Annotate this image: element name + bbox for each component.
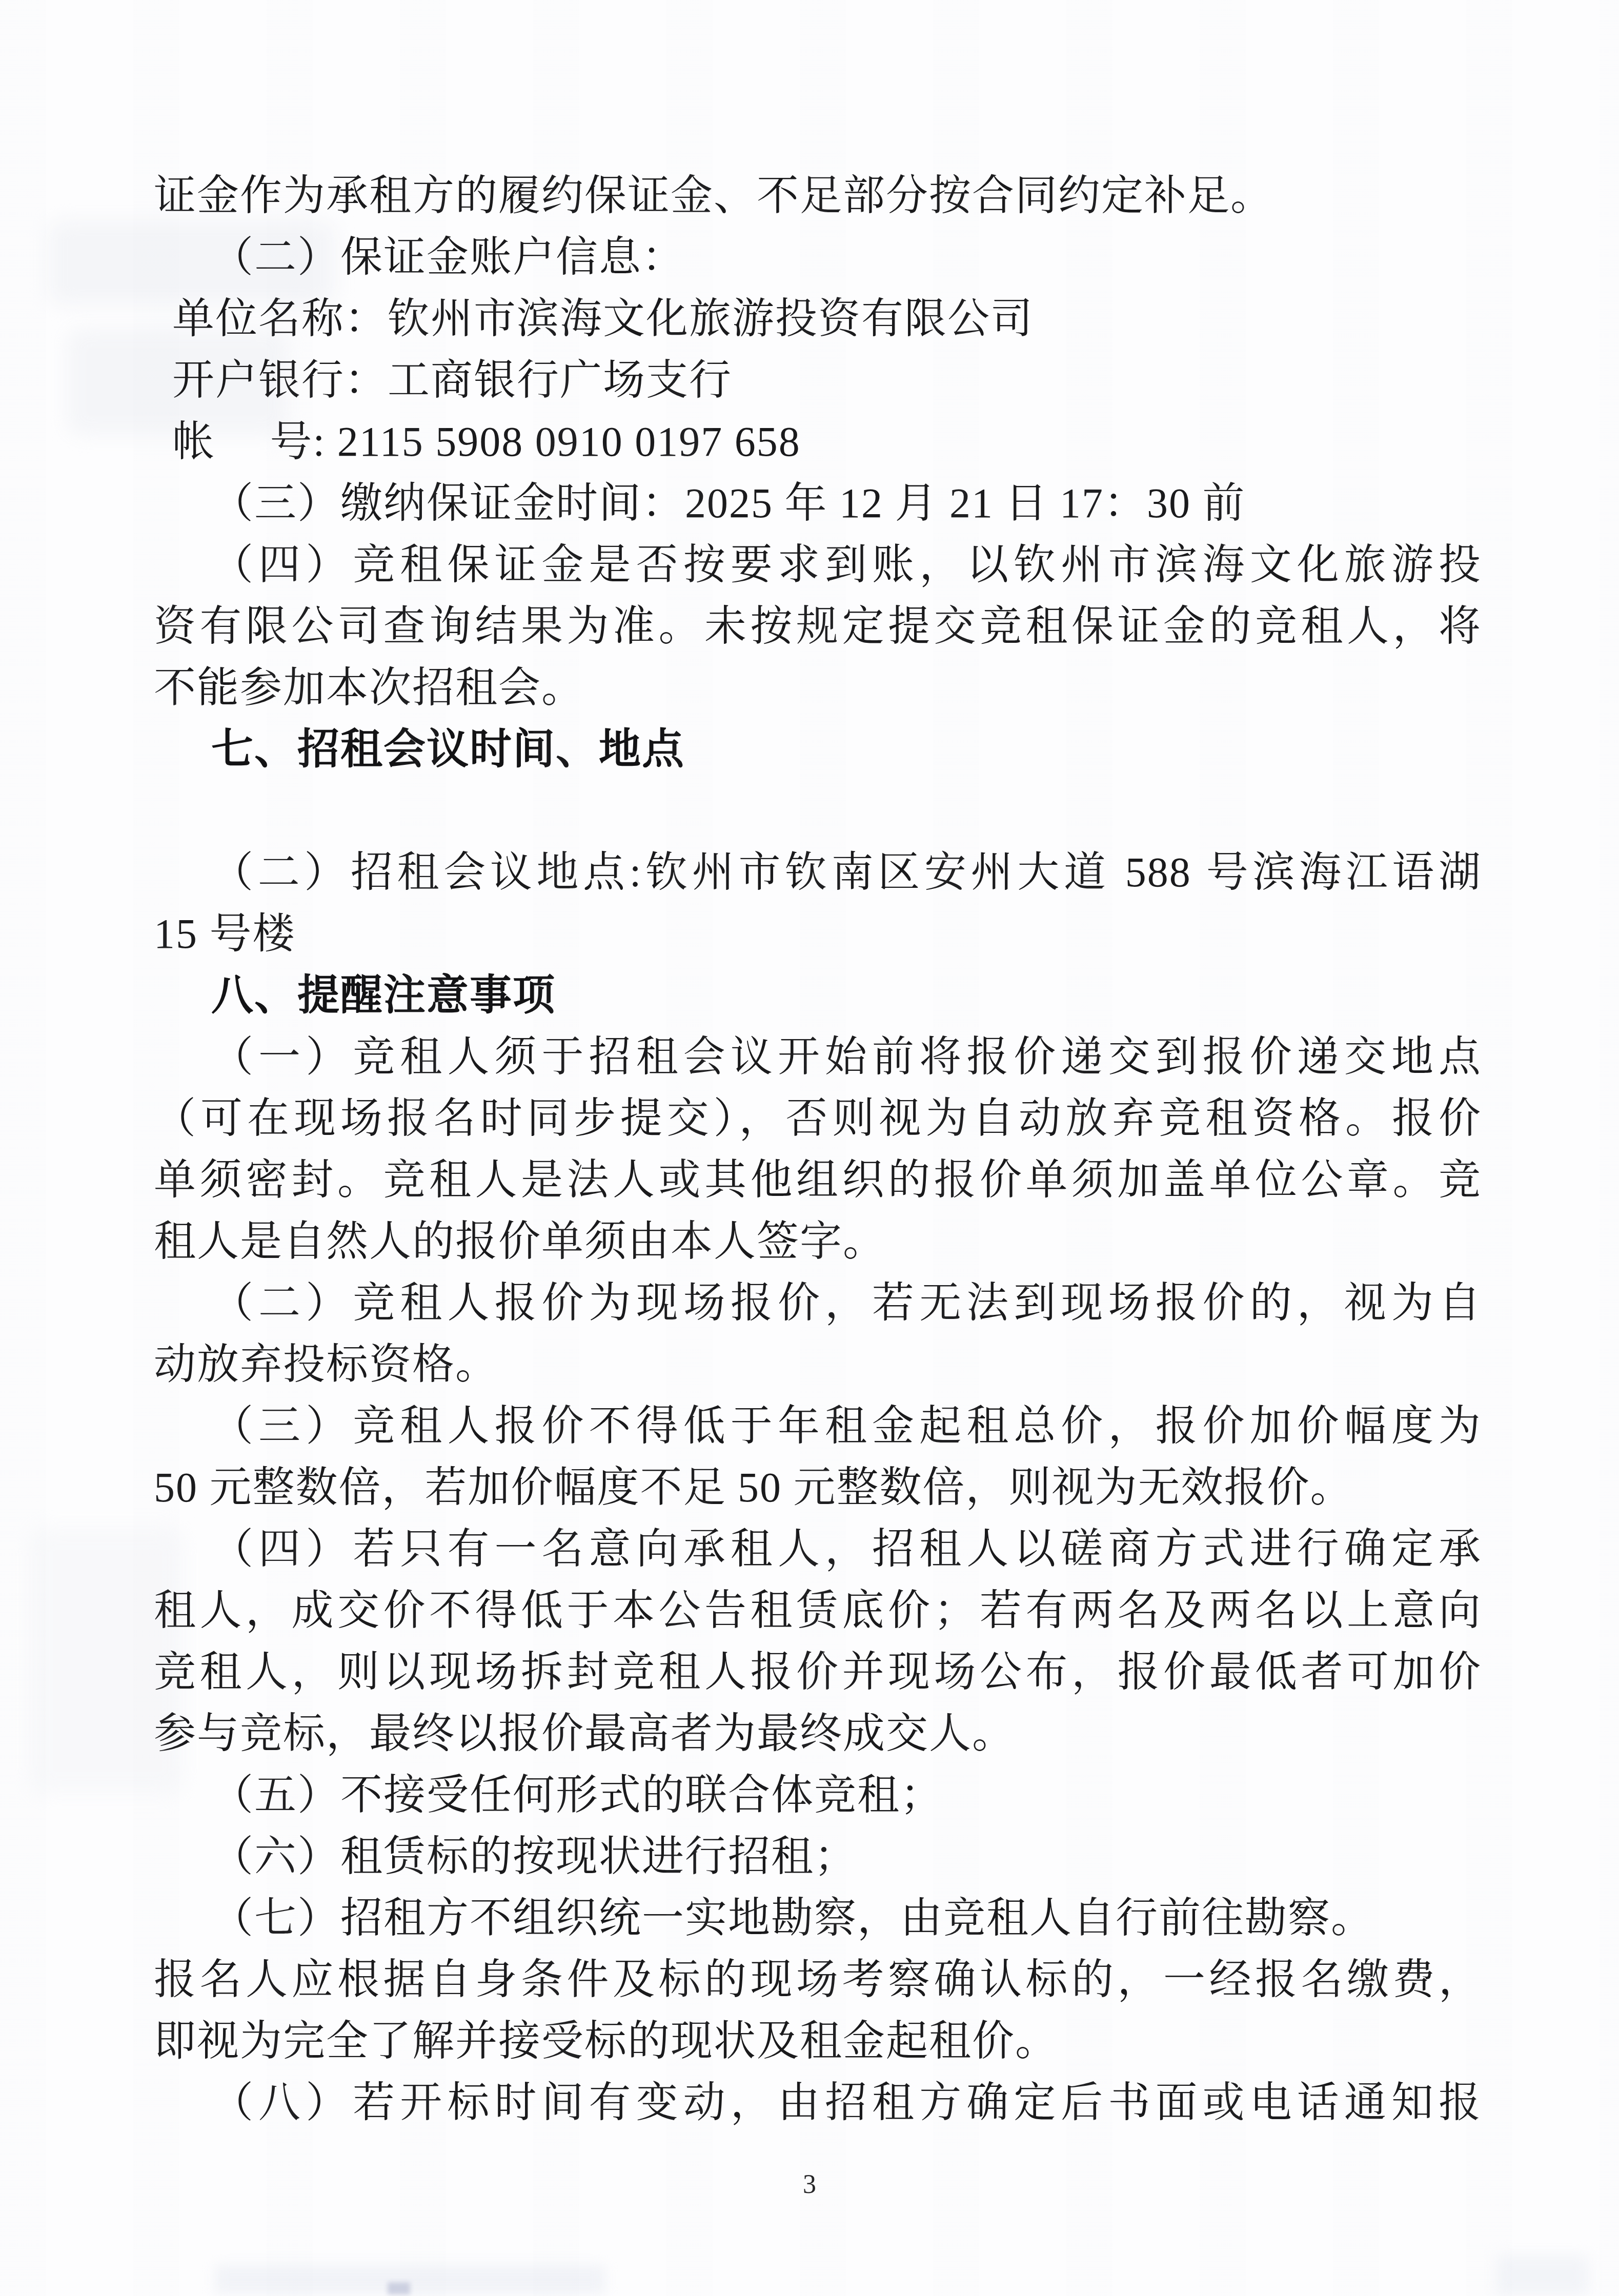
text-line: 参与竞标，最终以报价最高者为最终成交人。 bbox=[154, 1703, 1482, 1764]
text-line: （四）若只有一名意向承租人，招租人以磋商方式进行确定承 bbox=[154, 1518, 1482, 1580]
text-line-meeting-place: （二）招租会议地点:钦州市钦南区安州大道 588 号滨海江语湖 bbox=[154, 842, 1482, 903]
text-line: （四）竞租保证金是否按要求到账，以钦州市滨海文化旅游投 bbox=[154, 534, 1482, 596]
text-line: （可在现场报名时同步提交），否则视为自动放弃竞租资格。报价 bbox=[154, 1088, 1482, 1149]
text-line: 不能参加本次招租会。 bbox=[154, 657, 1482, 719]
section-heading-7: 七、招租会议时间、地点 bbox=[154, 719, 1482, 780]
page-number: 3 bbox=[0, 2169, 1619, 2200]
text-line: （八）若开标时间有变动，由招租方确定后书面或电话通知报 bbox=[154, 2072, 1482, 2134]
text-line-meeting-time: （一）招租会议时间：2025 年 12 月 22 日 10 时 00 分 bbox=[154, 780, 1482, 842]
text-line: 50 元整数倍，若加价幅度不足 50 元整数倍，则视为无效报价。 bbox=[154, 1457, 1482, 1518]
text-line: 竞租人，则以现场拆封竞租人报价并现场公布，报价最低者可加价 bbox=[154, 1641, 1482, 1703]
text-line: 单须密封。竞租人是法人或其他组织的报价单须加盖单位公章。竞 bbox=[154, 1149, 1482, 1211]
text-line: 资有限公司查询结果为准。未按规定提交竞租保证金的竞租人，将 bbox=[154, 596, 1482, 657]
scan-smudge bbox=[215, 2265, 605, 2294]
text-line: （二）竞租人报价为现场报价，若无法到现场报价的，视为自 bbox=[154, 1272, 1482, 1334]
text-line: 租人是自然人的报价单须由本人签字。 bbox=[154, 1211, 1482, 1272]
text-line: （三）竞租人报价不得低于年租金起租总价，报价加价幅度为 bbox=[154, 1395, 1482, 1457]
text-line: （七）招租方不组织统一实地勘察，由竞租人自行前往勘察。 bbox=[154, 1887, 1482, 1949]
text-line: 动放弃投标资格。 bbox=[154, 1334, 1482, 1395]
text-line: （二）保证金账户信息： bbox=[154, 227, 1482, 288]
text-line-account-name: 单位名称：钦州市滨海文化旅游投资有限公司 bbox=[154, 288, 1482, 350]
text-line-bank-name: 开户银行：工商银行广场支行 bbox=[154, 350, 1482, 411]
text-line: （六）租赁标的按现状进行招租； bbox=[154, 1826, 1482, 1887]
text-line: 证金作为承租方的履约保证金、不足部分按合同约定补足。 bbox=[154, 165, 1482, 227]
document-body: 证金作为承租方的履约保证金、不足部分按合同约定补足。 （二）保证金账户信息： 单… bbox=[154, 165, 1482, 2134]
scan-smudge bbox=[388, 2282, 410, 2294]
text-line: 报名人应根据自身条件及标的现场考察确认标的，一经报名缴费， bbox=[154, 1949, 1482, 2010]
text-line-deposit-deadline: （三）缴纳保证金时间：2025 年 12 月 21 日 17：30 前 bbox=[154, 473, 1482, 534]
scan-smudge bbox=[1497, 2256, 1589, 2296]
text-line: 即视为完全了解并接受标的现状及租金起租价。 bbox=[154, 2010, 1482, 2072]
text-line: 租人，成交价不得低于本公告租赁底价；若有两名及两名以上意向 bbox=[154, 1580, 1482, 1641]
text-line: （五）不接受任何形式的联合体竞租； bbox=[154, 1764, 1482, 1826]
section-heading-8: 八、提醒注意事项 bbox=[154, 965, 1482, 1026]
text-line-account-number: 帐 号: 2115 5908 0910 0197 658 bbox=[154, 411, 1482, 473]
text-line: （一）竞租人须于招租会议开始前将报价递交到报价递交地点 bbox=[154, 1026, 1482, 1088]
text-line: 15 号楼 bbox=[154, 903, 1482, 965]
scanned-document-page: 证金作为承租方的履约保证金、不足部分按合同约定补足。 （二）保证金账户信息： 单… bbox=[0, 0, 1619, 2296]
